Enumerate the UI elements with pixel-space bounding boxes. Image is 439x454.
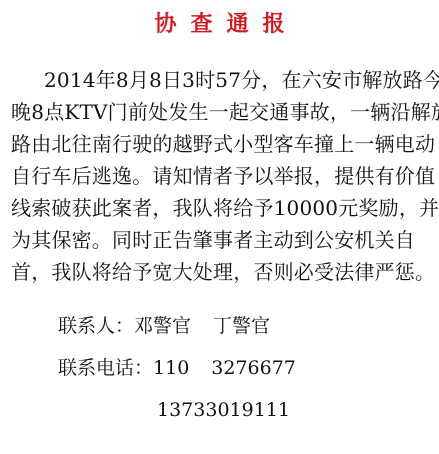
contact-person-label: 联系人：	[58, 312, 134, 340]
notice-title: 协查通报	[0, 10, 439, 40]
contact-person-row: 联系人：邓警官丁警官	[58, 312, 270, 340]
contact-phone-row: 联系电话：1103276677	[58, 354, 296, 382]
contact-person-1: 邓警官	[134, 312, 191, 340]
body-line: 线索破获此案者，我队将给予10000元奖励，并	[11, 192, 429, 224]
contact-phone-2: 3276677	[211, 354, 296, 382]
body-line: 晚8点KTV门前处发生一起交通事故，一辆沿解放	[11, 96, 429, 128]
contact-phone-3: 13733019111	[157, 396, 290, 424]
body-line: 为其保密。同时正告肇事者主动到公安机关自	[11, 224, 429, 256]
contact-phone-label: 联系电话：	[58, 354, 153, 382]
contact-phone-1: 110	[153, 354, 189, 382]
body-line: 自行车后逃逸。请知情者予以举报，提供有价值	[11, 160, 429, 192]
body-line: 路由北往南行驶的越野式小型客车撞上一辆电动	[11, 128, 429, 160]
contact-phone-row-2: 13733019111	[157, 396, 290, 424]
contact-person-2: 丁警官	[213, 312, 270, 340]
body-line: 首，我队将给予宽大处理，否则必受法律严惩。	[11, 256, 429, 288]
notice-body: 2014年8月8日3时57分，在六安市解放路今 晚8点KTV门前处发生一起交通事…	[11, 64, 429, 288]
body-line: 2014年8月8日3时57分，在六安市解放路今	[11, 64, 429, 96]
